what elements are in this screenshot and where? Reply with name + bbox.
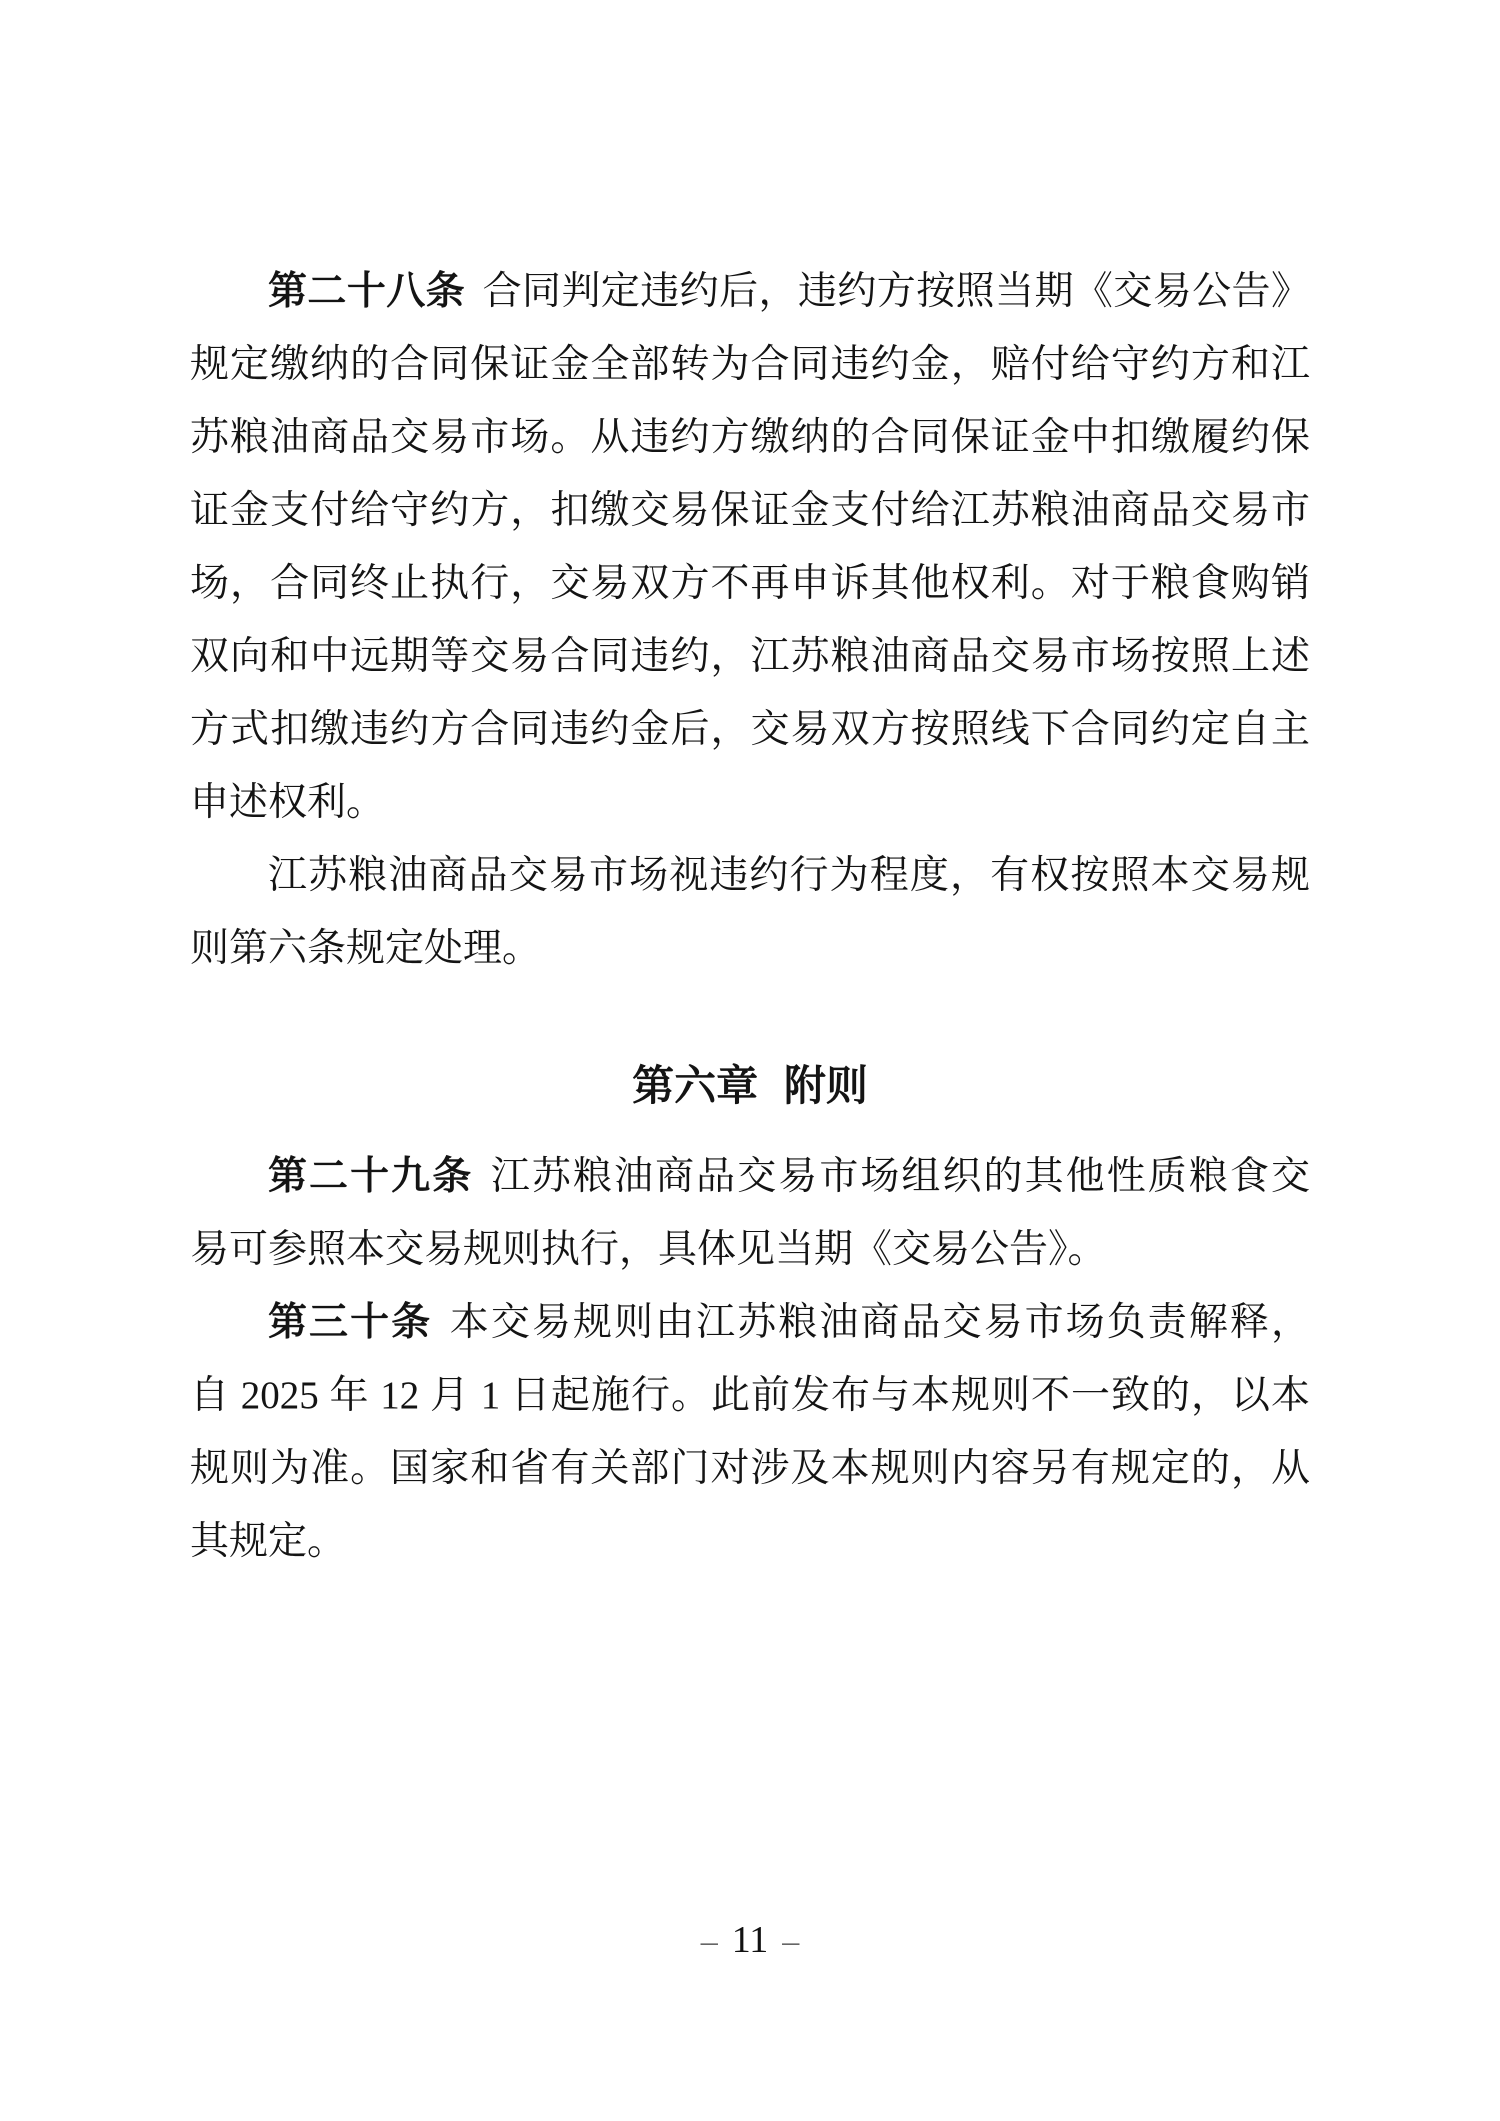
text-line: 第二十八条合同判定违约后，违约方按照当期《交易公告》: [190, 255, 1310, 328]
document-page: 第二十八条合同判定违约后，违约方按照当期《交易公告》规定缴纳的合同保证金全部转为…: [0, 0, 1500, 2121]
document-body: 第二十八条合同判定违约后，违约方按照当期《交易公告》规定缴纳的合同保证金全部转为…: [190, 255, 1310, 1578]
text-line: 场，合同终止执行，交易双方不再申诉其他权利。对于粮食购销: [190, 547, 1310, 620]
article-number-label: 第二十八条: [268, 270, 465, 313]
article-28: 第二十八条合同判定违约后，违约方按照当期《交易公告》规定缴纳的合同保证金全部转为…: [190, 255, 1310, 839]
footer-dash-left: –: [701, 1923, 718, 1960]
text-line: 申述权利。: [190, 766, 1310, 839]
text-line: 规定缴纳的合同保证金全部转为合同违约金，赔付给守约方和江: [190, 328, 1310, 401]
page-number: 11: [732, 1919, 769, 1961]
article-29: 第二十九条江苏粮油商品交易市场组织的其他性质粮食交易可参照本交易规则执行，具体见…: [190, 1140, 1310, 1286]
article-30: 第三十条本交易规则由江苏粮油商品交易市场负责解释，自 2025 年 12 月 1…: [190, 1286, 1310, 1578]
article-number-label: 第三十条: [268, 1301, 432, 1344]
text-line: 规则为准。国家和省有关部门对涉及本规则内容另有规定的，从: [190, 1432, 1310, 1505]
article-number-label: 第二十九条: [268, 1155, 473, 1198]
text-line: 第三十条本交易规则由江苏粮油商品交易市场负责解释，: [190, 1286, 1310, 1359]
text-line: 双向和中远期等交易合同违约，江苏粮油商品交易市场按照上述: [190, 620, 1310, 693]
article-28-enforcement-note: 江苏粮油商品交易市场视违约行为程度，有权按照本交易规则第六条规定处理。: [190, 839, 1310, 985]
text-line: 第二十九条江苏粮油商品交易市场组织的其他性质粮食交: [190, 1140, 1310, 1213]
text-line: 证金支付给守约方，扣缴交易保证金支付给江苏粮油商品交易市: [190, 474, 1310, 547]
text-line: 方式扣缴违约方合同违约金后，交易双方按照线下合同约定自主: [190, 693, 1310, 766]
text-line: 其规定。: [190, 1505, 1310, 1578]
text-line: 自 2025 年 12 月 1 日起施行。此前发布与本规则不一致的，以本: [190, 1359, 1310, 1432]
text-line: 易可参照本交易规则执行，具体见当期《交易公告》。: [190, 1213, 1310, 1286]
text-line: 江苏粮油商品交易市场视违约行为程度，有权按照本交易规: [190, 839, 1310, 912]
text-line: 则第六条规定处理。: [190, 912, 1310, 985]
page-footer: –11–: [0, 1908, 1500, 1974]
text-line: 苏粮油商品交易市场。从违约方缴纳的合同保证金中扣缴履约保: [190, 401, 1310, 474]
chapter-6-heading: 第六章 附则: [190, 1049, 1310, 1122]
footer-dash-right: –: [782, 1923, 799, 1960]
